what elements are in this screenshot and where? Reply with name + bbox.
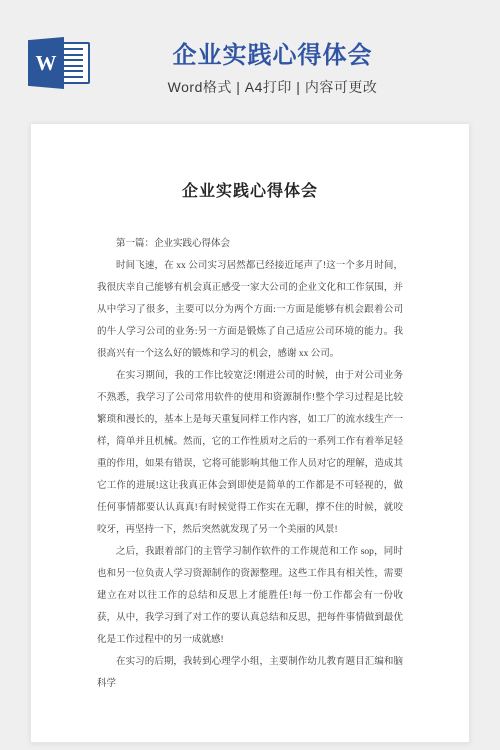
header-text-block: 企业实践心得体会 Word格式 | A4打印 | 内容可更改 (45, 42, 500, 97)
document-paragraph: 在实习期间，我的工作比较宽泛!刚进公司的时候，由于对公司业务不熟悉，我学习了公司… (97, 365, 403, 541)
document-heading: 第一篇：企业实践心得体会 (97, 233, 403, 255)
page-title: 企业实践心得体会 (45, 42, 500, 70)
document-paragraph: 时间飞速，在 xx 公司实习居然都已经接近尾声了!这一个多月时间，我很庆幸自己能… (97, 255, 403, 365)
template-header: W 企业实践心得体会 Word格式 | A4打印 | 内容可更改 (0, 0, 500, 110)
page-subtitle: Word格式 | A4打印 | 内容可更改 (45, 77, 500, 97)
document-page-preview: 企业实践心得体会 第一篇：企业实践心得体会 时间飞速，在 xx 公司实习居然都已… (30, 123, 470, 743)
document-paragraph: 在实习的后期，我转到心理学小组，主要制作幼儿教育题目汇编和脑科学 (97, 651, 403, 695)
document-paragraph: 之后，我跟着部门的主管学习制作软件的工作规范和工作 sop，同时也和另一位负责人… (97, 541, 403, 651)
document-body: 第一篇：企业实践心得体会 时间飞速，在 xx 公司实习居然都已经接近尾声了!这一… (97, 233, 403, 695)
document-title: 企业实践心得体会 (97, 178, 403, 201)
